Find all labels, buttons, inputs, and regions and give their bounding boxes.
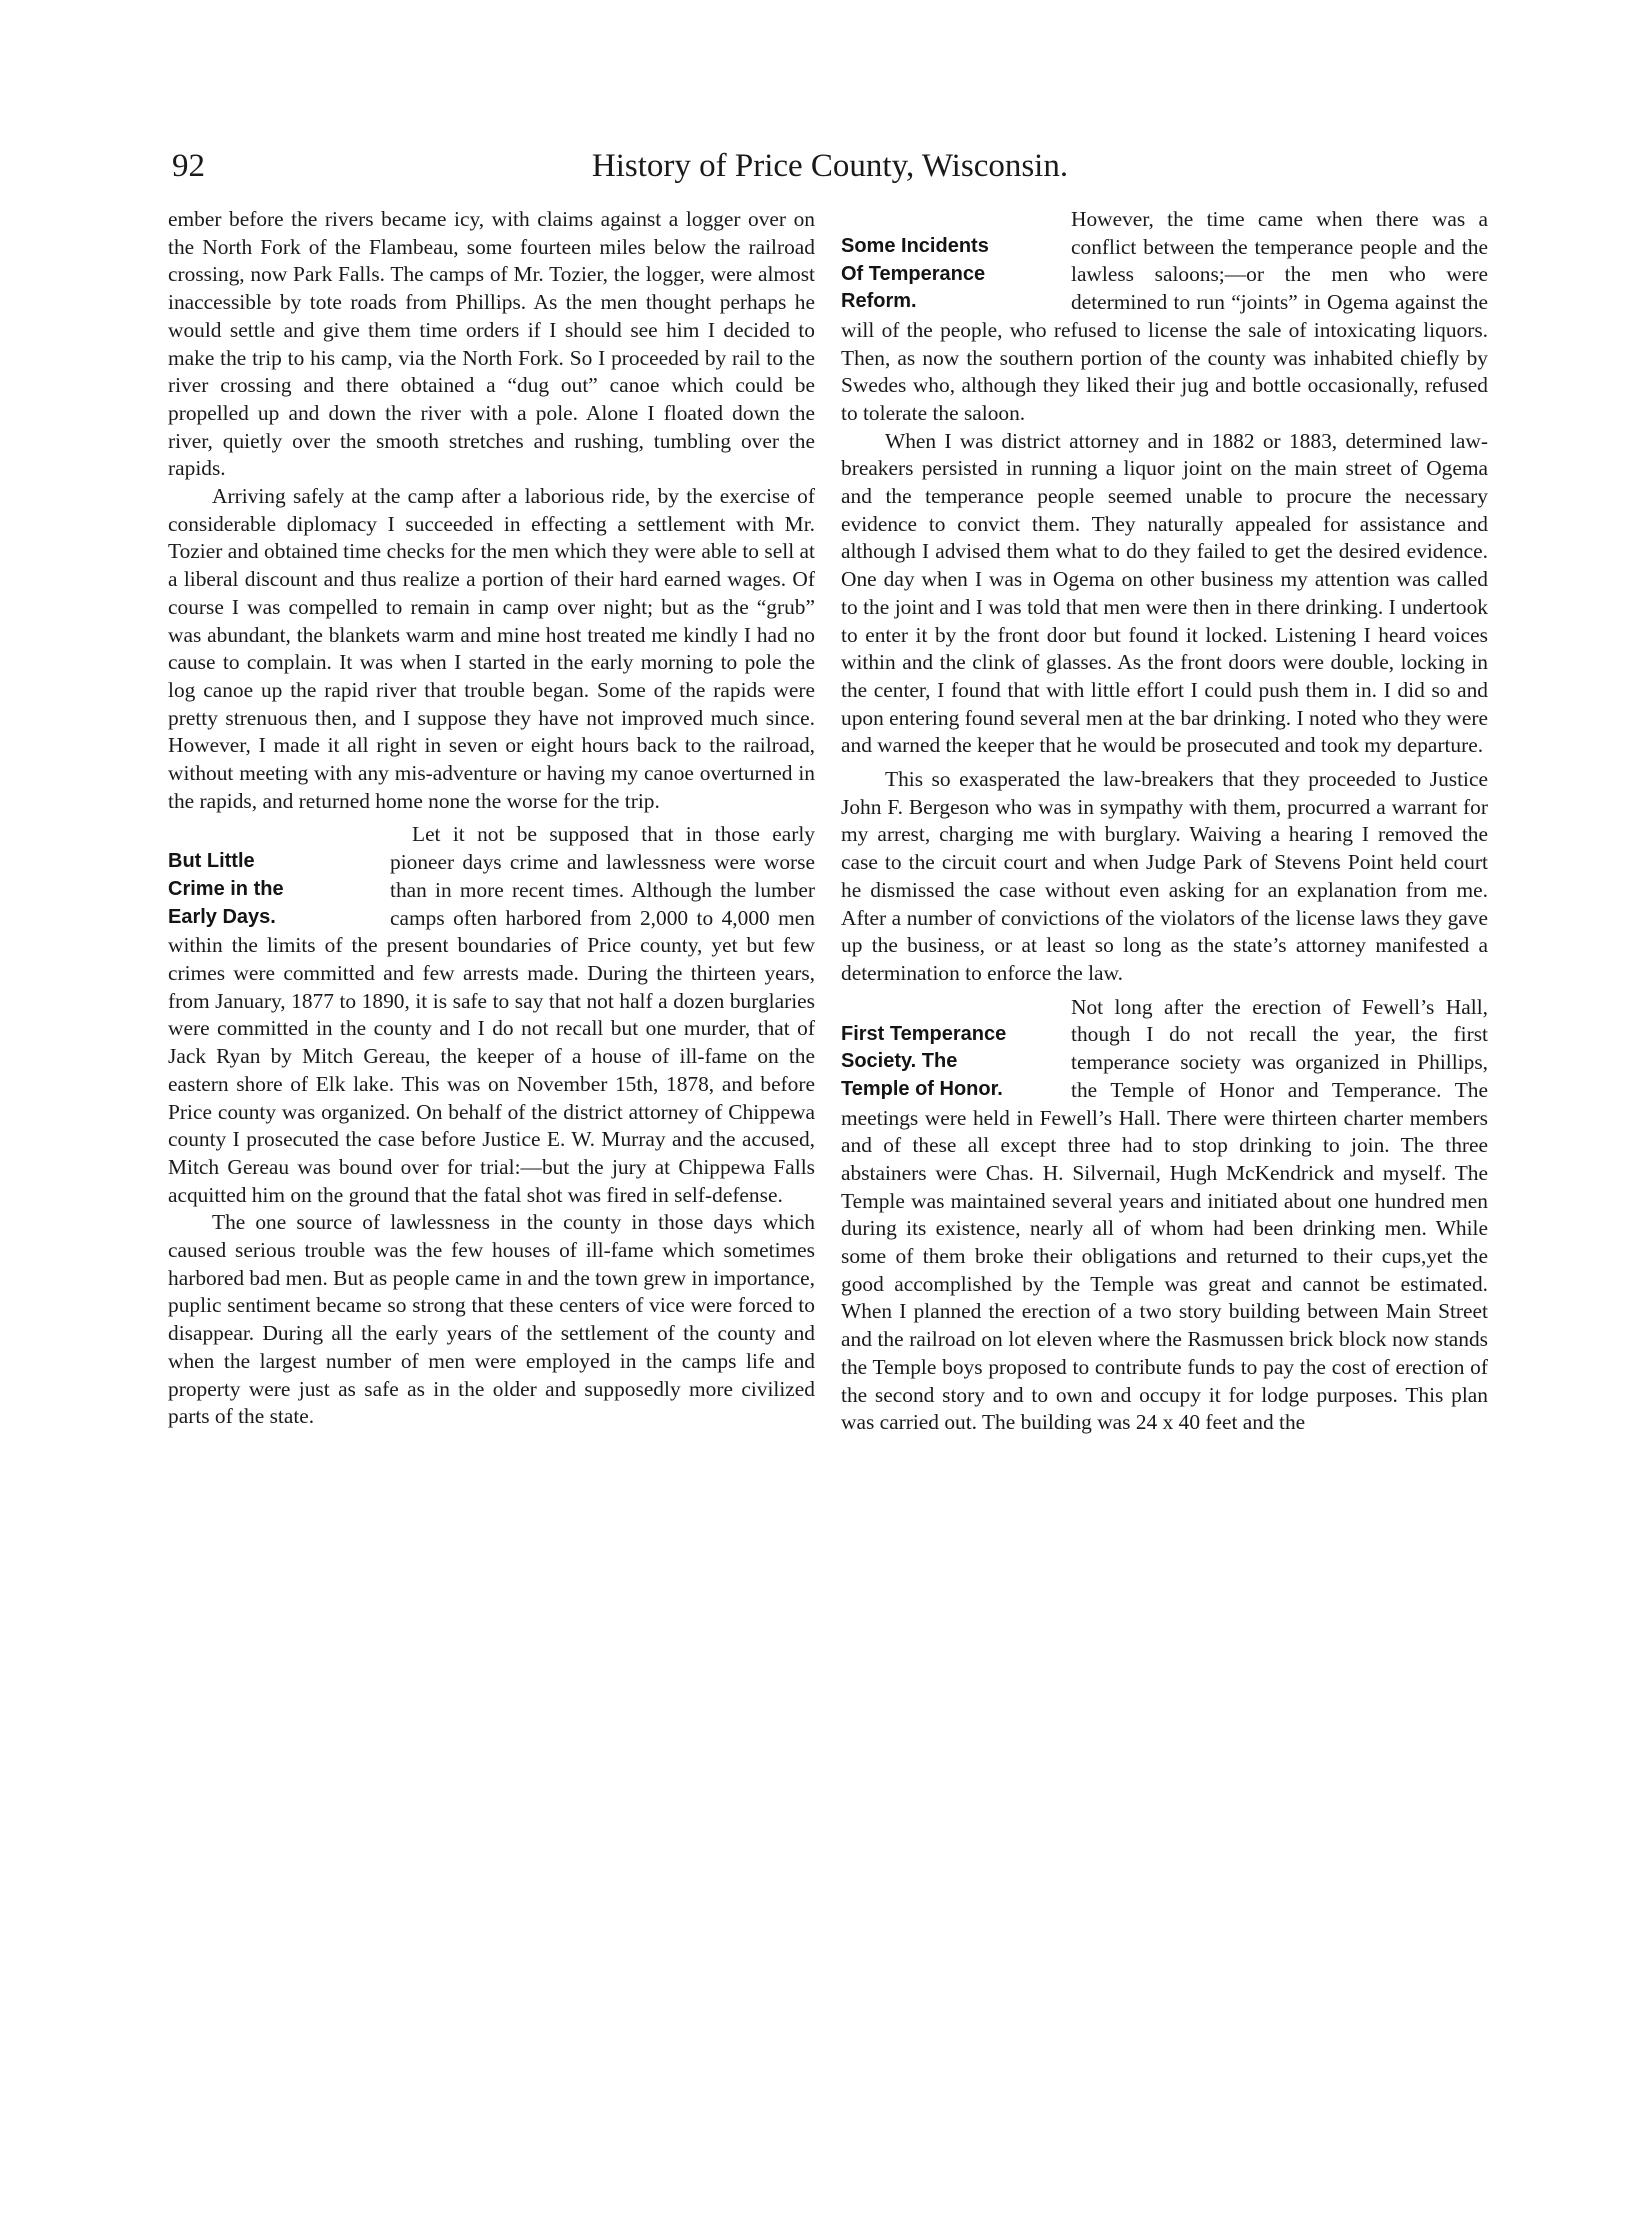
margin-heading-temple-of-honor: First Temperance Society. The Temple of … [841, 1021, 1061, 1104]
margin-heading-line: Crime in the [168, 876, 380, 904]
page-number: 92 [172, 148, 205, 185]
running-title: History of Price County, Wisconsin. [530, 148, 1130, 185]
paragraph: ember before the rivers became icy, with… [168, 206, 815, 483]
margin-heading-temperance: Some Incidents Of Temperance Reform. [841, 233, 1061, 316]
paragraph: When I was district attorney and in 1882… [841, 428, 1488, 760]
margin-heading-line: Early Days. [168, 904, 380, 932]
margin-heading-crime: But Little Crime in the Early Days. [168, 848, 380, 931]
margin-heading-line: Reform. [841, 288, 1061, 316]
left-column: ember before the rivers became icy, with… [168, 206, 815, 1431]
margin-heading-line: But Little [168, 848, 380, 876]
margin-heading-line: Some Incidents [841, 233, 1061, 261]
margin-heading-line: Of Temperance [841, 261, 1061, 289]
paragraph: This so exasperated the law-breakers tha… [841, 766, 1488, 988]
margin-heading-line: Society. The [841, 1048, 1061, 1076]
margin-heading-line: First Temperance [841, 1021, 1061, 1049]
right-column: Some Incidents Of Temperance Reform. How… [841, 206, 1488, 1437]
margin-heading-line: Temple of Honor. [841, 1076, 1061, 1104]
paragraph: Arriving safely at the camp after a labo… [168, 483, 815, 815]
paragraph: The one source of lawlessness in the cou… [168, 1209, 815, 1431]
